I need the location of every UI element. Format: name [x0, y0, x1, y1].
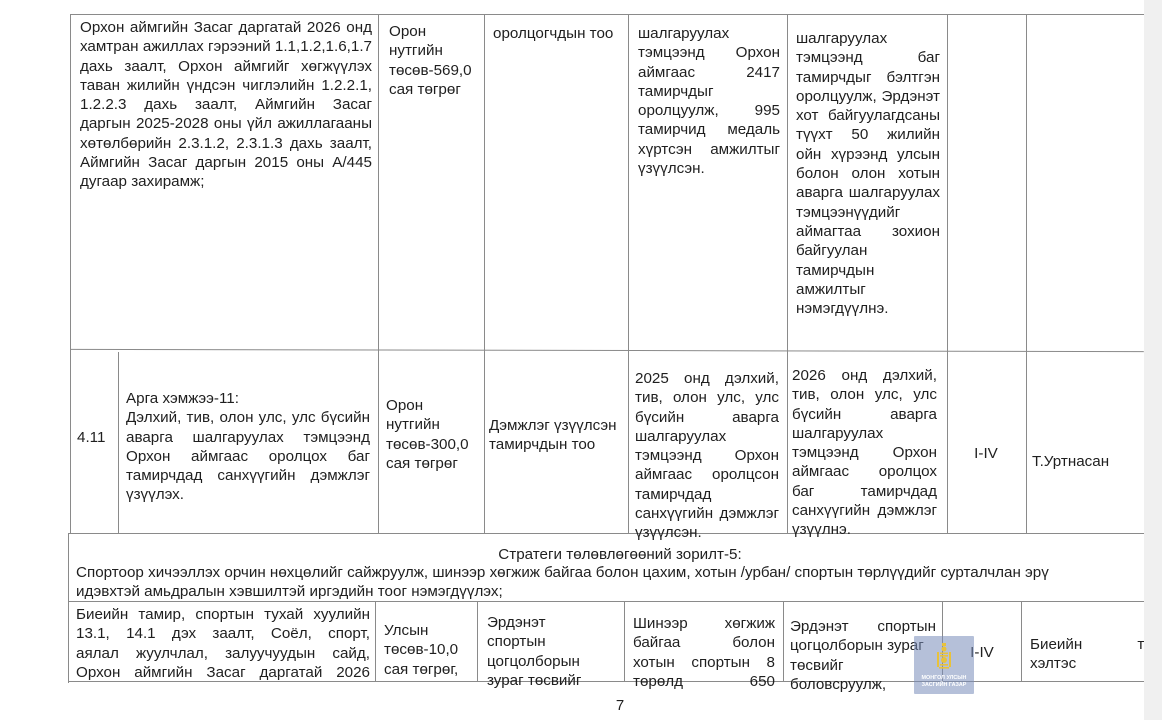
soyombo-emblem-icon	[936, 642, 952, 670]
budget-cell: Орон нутгийн төсөв-300,0 сая төгрөг	[386, 396, 472, 473]
baseline-cell: Шинээр хөгжиж байгаа болон хотын спортын…	[633, 614, 775, 691]
responsible-cell: Биеийн тамир хэлтэс	[1030, 635, 1162, 674]
scrollbar-track[interactable]	[1144, 0, 1162, 720]
target-line: Эрдэнэт спортын	[790, 617, 936, 636]
section-description: Спортоор хичээллэх орчин нөхцөлийг сайжр…	[76, 563, 1156, 601]
table-border	[68, 533, 1144, 534]
target-cell: шалгаруулах тэмцээнд баг тамирчдыг бэлтг…	[796, 29, 940, 318]
baseline-line: байгаа болон	[633, 633, 775, 652]
legal-basis-cell: Орхон аймгийн Засаг даргатай 2026 онд ха…	[80, 18, 372, 192]
table-border	[378, 14, 379, 534]
measure-cell: Арга хэмжээ-11: Дэлхий, тив, олон улс, у…	[126, 389, 370, 505]
page-number: 7	[0, 697, 1162, 714]
section-line-1: Спортоор хичээллэх орчин нөхцөлийг сайжр…	[76, 563, 1156, 582]
table-border	[68, 533, 69, 683]
section-title: Стратеги төлөвлөгөөний зорилт-5:	[70, 545, 1162, 564]
measure-title: Арга хэмжээ-11:	[126, 389, 370, 408]
table-border	[624, 601, 625, 681]
baseline-cell: 2025 онд дэлхий, тив, олон улс, улс бүси…	[635, 369, 779, 543]
basis-line: Биеийн тамир, спортын тухай хуулийн	[76, 605, 370, 624]
indicator-line: спортын	[487, 632, 621, 651]
table-border	[628, 14, 629, 534]
government-seal: МОНГОЛ УЛСЫН ЗАСГИЙН ГАЗАР	[914, 636, 974, 694]
table-border	[70, 14, 71, 534]
table-border	[1026, 14, 1027, 534]
indicator-line: зураг төсвийг	[487, 671, 621, 690]
basis-line: аялал жуулчлал, залуучуудын сайд,	[76, 644, 370, 663]
baseline-cell: шалгаруулах тэмцээнд Орхон аймгаас 2417 …	[638, 24, 780, 178]
basis-line: 13.1, 14.1 дэх заалт, Соёл, спорт,	[76, 624, 370, 643]
indicator-cell: оролцогчдын тоо	[493, 24, 621, 43]
seal-caption-line: МОНГОЛ УЛСЫН	[914, 675, 974, 682]
budget-cell: Орон нутгийн төсөв-569,0 сая төгрөг	[389, 22, 477, 99]
seal-caption: МОНГОЛ УЛСЫН ЗАСГИЙН ГАЗАР	[914, 675, 974, 689]
table-border	[70, 349, 1144, 352]
table-border	[783, 601, 784, 681]
table-border	[484, 14, 485, 534]
table-border	[375, 601, 376, 681]
table-border	[1021, 601, 1022, 681]
measure-text: Дэлхий, тив, олон улс, улс бүсийн аварга…	[126, 408, 370, 504]
budget-cell: Улсын төсөв-10,0 сая төгрөг,	[384, 621, 474, 679]
indicator-line: цогцолборын	[487, 652, 621, 671]
seal-caption-line: ЗАСГИЙН ГАЗАР	[914, 682, 974, 689]
document-page: Орхон аймгийн Засаг даргатай 2026 онд ха…	[0, 0, 1144, 720]
indicator-cell: Дэмжлэг үзүүлсэн тамирчдын тоо	[489, 416, 619, 455]
baseline-line: хотын спортын 8	[633, 653, 775, 672]
basis-line: Орхон аймгийн Засаг даргатай 2026	[76, 663, 370, 682]
table-border	[118, 352, 119, 534]
target-cell: 2026 онд дэлхий, тив, олон улс, улс бүси…	[792, 366, 937, 540]
table-border	[477, 601, 478, 681]
baseline-line: Шинээр хөгжиж	[633, 614, 775, 633]
table-border	[68, 601, 1144, 602]
row-number: 4.11	[77, 428, 115, 447]
quarter-cell: I-IV	[948, 444, 1024, 463]
responsible-cell: Т.Уртнасан	[1032, 452, 1142, 471]
table-border	[787, 14, 788, 534]
table-border	[70, 14, 1144, 15]
indicator-line: Эрдэнэт	[487, 613, 621, 632]
section-line-2: идэвхтэй амьдралын хэвшилтэй иргэдийн то…	[76, 582, 1156, 601]
legal-basis-cell: Биеийн тамир, спортын тухай хуулийн 13.1…	[76, 605, 370, 682]
indicator-cell: Эрдэнэт спортын цогцолборын зураг төсвий…	[487, 613, 621, 690]
baseline-line: төрөлд 650	[633, 672, 775, 691]
